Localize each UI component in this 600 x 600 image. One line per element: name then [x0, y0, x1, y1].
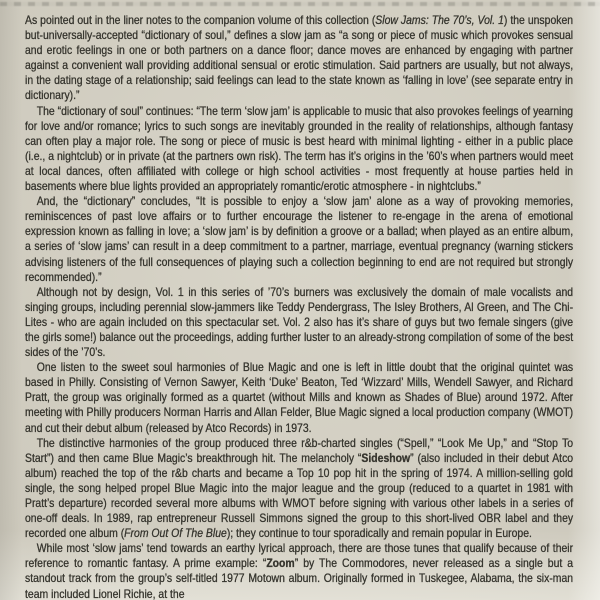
liner-notes-paragraph: While most ‘slow jams’ tend towards an e… — [25, 541, 573, 600]
liner-notes-paragraph: And, the “dictionary” concludes, “It is … — [25, 194, 573, 285]
text-segment-italic: From Out Of The Blue — [124, 527, 227, 540]
liner-notes-text: As pointed out in the liner notes to the… — [25, 13, 573, 600]
text-segment-normal: Although not by design, Vol. 1 in this s… — [25, 286, 573, 359]
text-segment-normal: As pointed out in the liner notes to the… — [25, 14, 375, 27]
text-segment-normal: One listen to the sweet soul harmonies o… — [25, 361, 573, 434]
text-segment-normal: The “dictionary of soul” continues: “The… — [25, 105, 573, 193]
text-segment-bold: Sideshow — [361, 452, 410, 465]
liner-notes-paragraph: The distinctive harmonies of the group p… — [25, 436, 573, 542]
liner-notes-paragraph: Although not by design, Vol. 1 in this s… — [25, 285, 573, 360]
text-segment-bold: Zoom — [266, 557, 294, 570]
liner-notes-paragraph: As pointed out in the liner notes to the… — [25, 13, 573, 104]
liner-notes-paragraph: The “dictionary of soul” continues: “The… — [25, 104, 573, 195]
liner-notes-page: As pointed out in the liner notes to the… — [0, 0, 600, 600]
text-segment-normal: ); they continue to tour sporadically an… — [227, 527, 532, 540]
liner-notes-paragraph: One listen to the sweet soul harmonies o… — [25, 360, 573, 435]
text-segment-normal: And, the “dictionary” concludes, “It is … — [25, 195, 573, 283]
text-segment-italic: Slow Jams: The 70’s, Vol. 1 — [375, 14, 504, 27]
text-segment-normal: ) the unspoken but-universally-accepted … — [25, 14, 573, 102]
